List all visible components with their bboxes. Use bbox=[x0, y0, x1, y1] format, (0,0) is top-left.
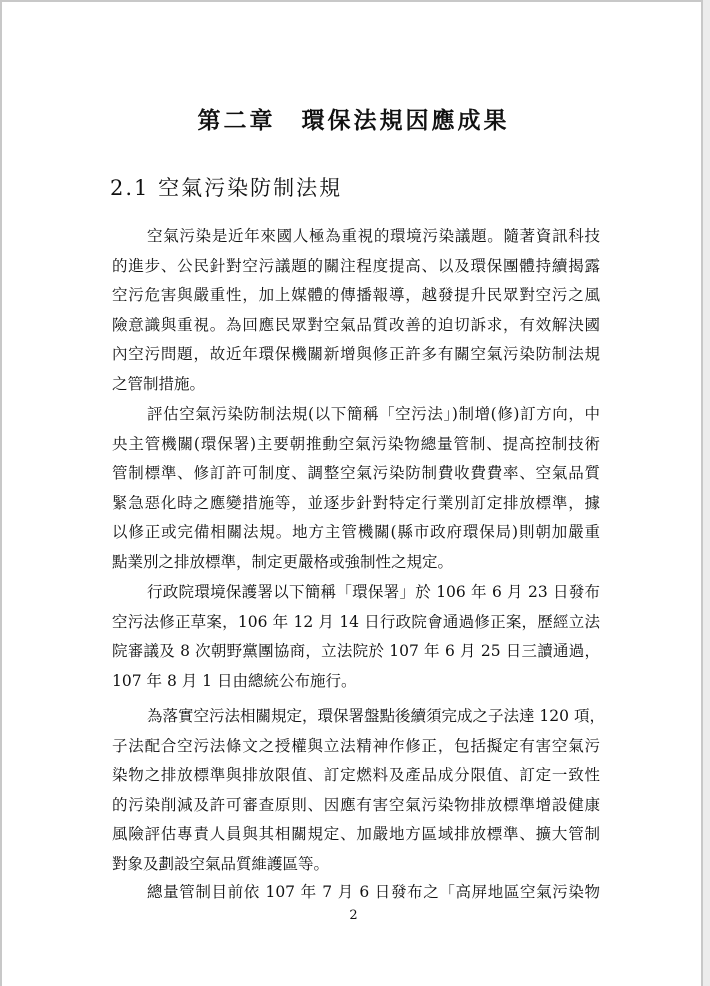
text-line: 107 年 8 月 1 日由總統公布施行。 bbox=[112, 667, 600, 697]
text-line: 內空污問題，故近年環保機關新增與修正許多有關空氣污染防制法規 bbox=[112, 340, 600, 370]
text-line: 的污染削減及許可審查原則、因應有害空氣污染物排放標準增設健康 bbox=[112, 791, 600, 821]
text-line: 風險評估專責人員與其相關規定、加嚴地方區域排放標準、擴大管制 bbox=[112, 820, 600, 850]
chapter-number: 第二章 bbox=[198, 107, 276, 134]
page-number: 2 bbox=[2, 908, 705, 923]
text-line: 空氣污染是近年來國人極為重視的環境污染議題。隨著資訊科技 bbox=[112, 222, 600, 252]
text-line: 央主管機關(環保署)主要朝推動空氣污染物總量管制、提高控制技術 bbox=[112, 430, 600, 460]
text-line: 對象及劃設空氣品質維護區等。 bbox=[112, 850, 600, 880]
paragraph-amendment-timeline: 行政院環境保護署以下簡稱「環保署」於 106 年 6 月 23 日發布 空污法修… bbox=[112, 578, 600, 696]
text-line: 空污危害與嚴重性，加上媒體的傳播報導，越發提升民眾對空污之風 bbox=[112, 281, 600, 311]
text-line: 評估空氣污染防制法規(以下簡稱「空污法」)制增(修)訂方向，中 bbox=[112, 400, 600, 430]
text-line: 子法配合空污法條文之授權與立法精神作修正，包括擬定有害空氣污 bbox=[112, 732, 600, 762]
text-line: 行政院環境保護署以下簡稱「環保署」於 106 年 6 月 23 日發布 bbox=[112, 578, 600, 608]
chapter-title: 第二章環保法規因應成果 bbox=[2, 102, 705, 135]
text-line: 為落實空污法相關規定，環保署盤點後續須完成之子法達 120 項， bbox=[112, 702, 600, 732]
text-line: 管制標準、修訂許可制度、調整空氣污染防制費收費費率、空氣品質 bbox=[112, 459, 600, 489]
text-line: 的進步、公民針對空污議題的關注程度提高、以及環保團體持續揭露 bbox=[112, 252, 600, 282]
text-line: 險意識與重視。為回應民眾對空氣品質改善的迫切訴求，有效解決國 bbox=[112, 311, 600, 341]
text-line: 以修正或完備相關法規。地方主管機關(縣市政府環保局)則朝加嚴重 bbox=[112, 518, 600, 548]
text-line: 院審議及 8 次朝野黨團協商，立法院於 107 年 6 月 25 日三讀通過， bbox=[112, 637, 600, 667]
paragraph-total-quantity-control: 總量管制目前依 107 年 7 月 6 日發布之「高屏地區空氣污染物 bbox=[112, 878, 600, 908]
text-line: 空污法修正草案，106 年 12 月 14 日行政院會通過修正案，歷經立法 bbox=[112, 608, 600, 638]
text-line: 緊急惡化時之應變措施等，並逐步針對特定行業別訂定排放標準，據 bbox=[112, 489, 600, 519]
paragraph-regulation-direction: 評估空氣污染防制法規(以下簡稱「空污法」)制增(修)訂方向，中 央主管機關(環保… bbox=[112, 400, 600, 577]
section-heading: 2.1 空氣污染防制法規 bbox=[110, 172, 342, 202]
document-page: 第二章環保法規因應成果 2.1 空氣污染防制法規 空氣污染是近年來國人極為重視的… bbox=[0, 0, 703, 986]
chapter-name: 環保法規因應成果 bbox=[302, 107, 510, 134]
paragraph-air-pollution-intro: 空氣污染是近年來國人極為重視的環境污染議題。隨著資訊科技 的進步、公民針對空污議… bbox=[112, 222, 600, 399]
paragraph-sub-regulations: 為落實空污法相關規定，環保署盤點後續須完成之子法達 120 項， 子法配合空污法… bbox=[112, 702, 600, 879]
text-line: 之管制措施。 bbox=[112, 370, 600, 400]
text-line: 點業別之排放標準，制定更嚴格或強制性之規定。 bbox=[112, 548, 600, 578]
text-line: 總量管制目前依 107 年 7 月 6 日發布之「高屏地區空氣污染物 bbox=[112, 878, 600, 908]
text-line: 染物之排放標準與排放限值、訂定燃料及產品成分限值、訂定一致性 bbox=[112, 761, 600, 791]
